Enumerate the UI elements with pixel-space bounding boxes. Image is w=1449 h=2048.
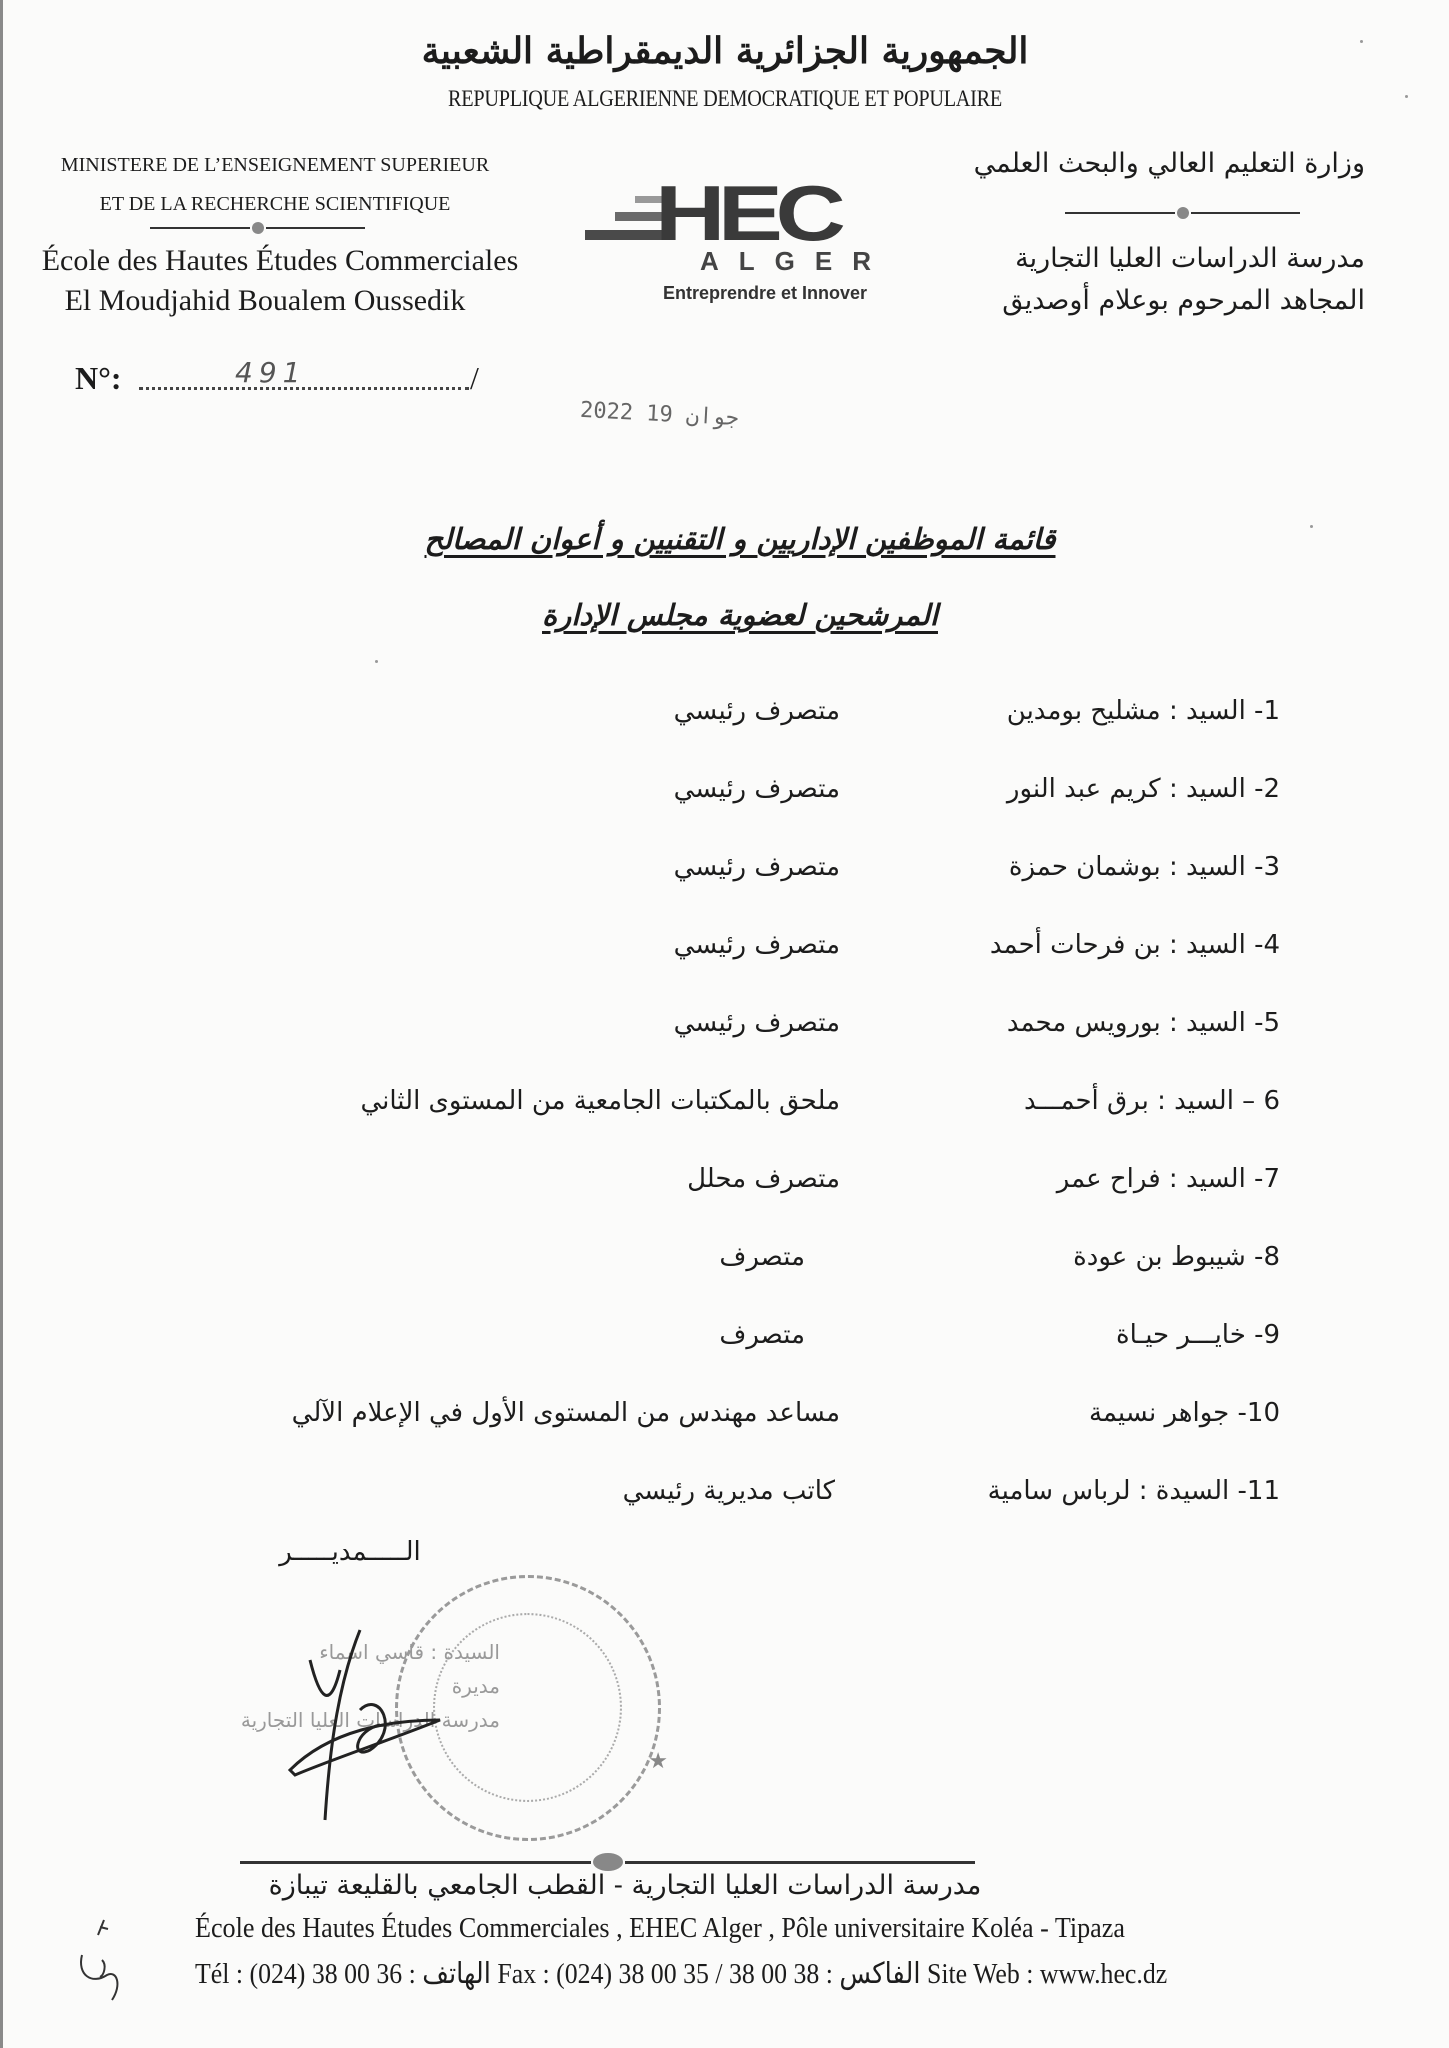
scan-speck bbox=[375, 660, 378, 663]
scan-speck bbox=[1310, 525, 1313, 528]
candidate-name: 8- شيبوط بن عودة bbox=[910, 1242, 1280, 1272]
document-title-line1: قائمة الموظفين الإداريين و التقنيين و أع… bbox=[380, 522, 1100, 556]
candidate-name: 7- السيد : فراح عمر bbox=[910, 1164, 1280, 1194]
candidate-name: 9- خايـــر حيـاة bbox=[910, 1320, 1280, 1350]
school-name-ar-line1: مدرسة الدراسات العليا التجارية bbox=[970, 243, 1365, 274]
candidate-row: 2- السيد : كريم عبد النور متصرف رئيسي bbox=[150, 774, 1280, 818]
scan-speck bbox=[1405, 95, 1408, 98]
candidate-name: 10- جواهر نسيمة bbox=[910, 1398, 1280, 1428]
divider-ornament-right bbox=[1065, 207, 1300, 219]
candidate-rank: متصرف رئيسي bbox=[140, 696, 840, 726]
candidate-row: 4- السيد : بن فرحات أحمد متصرف رئيسي bbox=[150, 930, 1280, 974]
candidate-name: 5- السيد : بورويس محمد bbox=[910, 1008, 1280, 1038]
candidate-name: 2- السيد : كريم عبد النور bbox=[910, 774, 1280, 804]
footer-address-fr: École des Hautes Études Commerciales , E… bbox=[195, 1912, 1149, 1945]
logo-tagline: Entreprendre et Innover bbox=[663, 283, 867, 304]
candidate-rank: مساعد مهندس من المستوى الأول في الإعلام … bbox=[140, 1398, 840, 1428]
number-slash: / bbox=[470, 360, 479, 397]
candidate-row: 5- السيد : بورويس محمد متصرف رئيسي bbox=[150, 1008, 1280, 1052]
republic-title-ar: الجمهورية الجزائرية الديمقراطية الشعبية bbox=[300, 30, 1150, 72]
candidate-row: 7- السيد : فراح عمر متصرف محلل bbox=[150, 1164, 1280, 1208]
candidate-row: 11- السيدة : لرباس سامية كاتب مديرية رئي… bbox=[150, 1476, 1280, 1520]
candidate-name: 1- السيد : مشليح بومدين bbox=[910, 696, 1280, 726]
director-title: الـــــمديـــــر bbox=[235, 1537, 465, 1567]
footer-address-ar: مدرسة الدراسات العليا التجارية - القطب ا… bbox=[240, 1870, 1010, 1901]
candidate-row: 9- خايـــر حيـاة متصرف bbox=[150, 1320, 1280, 1364]
date-stamp: 2022 جوان 19 bbox=[579, 398, 740, 431]
candidate-row: 3- السيد : بوشمان حمزة متصرف رئيسي bbox=[150, 852, 1280, 896]
candidate-name: 6 – السيد : برق أحمـــد bbox=[910, 1086, 1280, 1116]
candidate-name: 11- السيدة : لرباس سامية bbox=[910, 1476, 1280, 1506]
number-value: 491 bbox=[235, 356, 306, 389]
school-name-fr-line2: El Moudjahid Boualem Oussedik bbox=[30, 284, 500, 318]
candidate-row: 1- السيد : مشليح بومدين متصرف رئيسي bbox=[150, 696, 1280, 740]
candidate-rank: متصرف رئيسي bbox=[140, 774, 840, 804]
document-title-line2: المرشحين لعضوية مجلس الإدارة bbox=[380, 598, 1100, 632]
candidate-row: 6 – السيد : برق أحمـــد ملحق بالمكتبات ا… bbox=[150, 1086, 1280, 1130]
number-label: N°: bbox=[75, 360, 122, 397]
footer-divider-ornament bbox=[240, 1853, 975, 1871]
school-name-fr-line1: École des Hautes Études Commerciales bbox=[30, 244, 530, 278]
hec-alger-logo: HEC ALGER Entreprendre et Innover bbox=[585, 170, 885, 310]
candidate-rank: ملحق بالمكتبات الجامعية من المستوى الثان… bbox=[140, 1086, 840, 1116]
scan-edge bbox=[0, 0, 3, 2048]
candidate-rank: متصرف رئيسي bbox=[140, 930, 840, 960]
scan-speck bbox=[1360, 40, 1363, 43]
divider-ornament-left bbox=[150, 222, 365, 234]
ministry-fr-line2: ET DE LA RECHERCHE SCIENTIFIQUE bbox=[30, 193, 520, 216]
candidate-rank: متصرف محلل bbox=[140, 1164, 840, 1194]
candidate-rank: متصرف رئيسي bbox=[140, 852, 840, 882]
candidate-rank: متصرف رئيسي bbox=[140, 1008, 840, 1038]
ministry-fr-line1: MINISTERE DE L’ENSEIGNEMENT SUPERIEUR bbox=[30, 154, 520, 177]
handwritten-initials bbox=[72, 1915, 132, 2005]
republic-title-fr: REPUPLIQUE ALGERIENNE DEMOCRATIQUE ET PO… bbox=[351, 86, 1099, 112]
footer-contact-info: Tél : (024) 38 00 36 : الهاتف Fax : (024… bbox=[195, 1956, 1138, 1991]
candidate-row: 10- جواهر نسيمة مساعد مهندس من المستوى ا… bbox=[150, 1398, 1280, 1442]
logo-city: ALGER bbox=[700, 246, 891, 277]
ministry-ar: وزارة التعليم العالي والبحث العلمي bbox=[970, 148, 1365, 179]
reference-number: N°: 491 / bbox=[75, 360, 495, 400]
candidate-rank: متصرف bbox=[105, 1320, 805, 1350]
seal-star-icon: ★ bbox=[648, 1748, 668, 1774]
candidate-name: 3- السيد : بوشمان حمزة bbox=[910, 852, 1280, 882]
handwritten-signature bbox=[270, 1610, 450, 1830]
candidate-rank: كاتب مديرية رئيسي bbox=[135, 1476, 835, 1506]
candidate-rank: متصرف bbox=[105, 1242, 805, 1272]
school-name-ar-line2: المجاهد المرحوم بوعلام أوصديق bbox=[970, 285, 1365, 316]
candidate-row: 8- شيبوط بن عودة متصرف bbox=[150, 1242, 1280, 1286]
candidate-name: 4- السيد : بن فرحات أحمد bbox=[910, 930, 1280, 960]
